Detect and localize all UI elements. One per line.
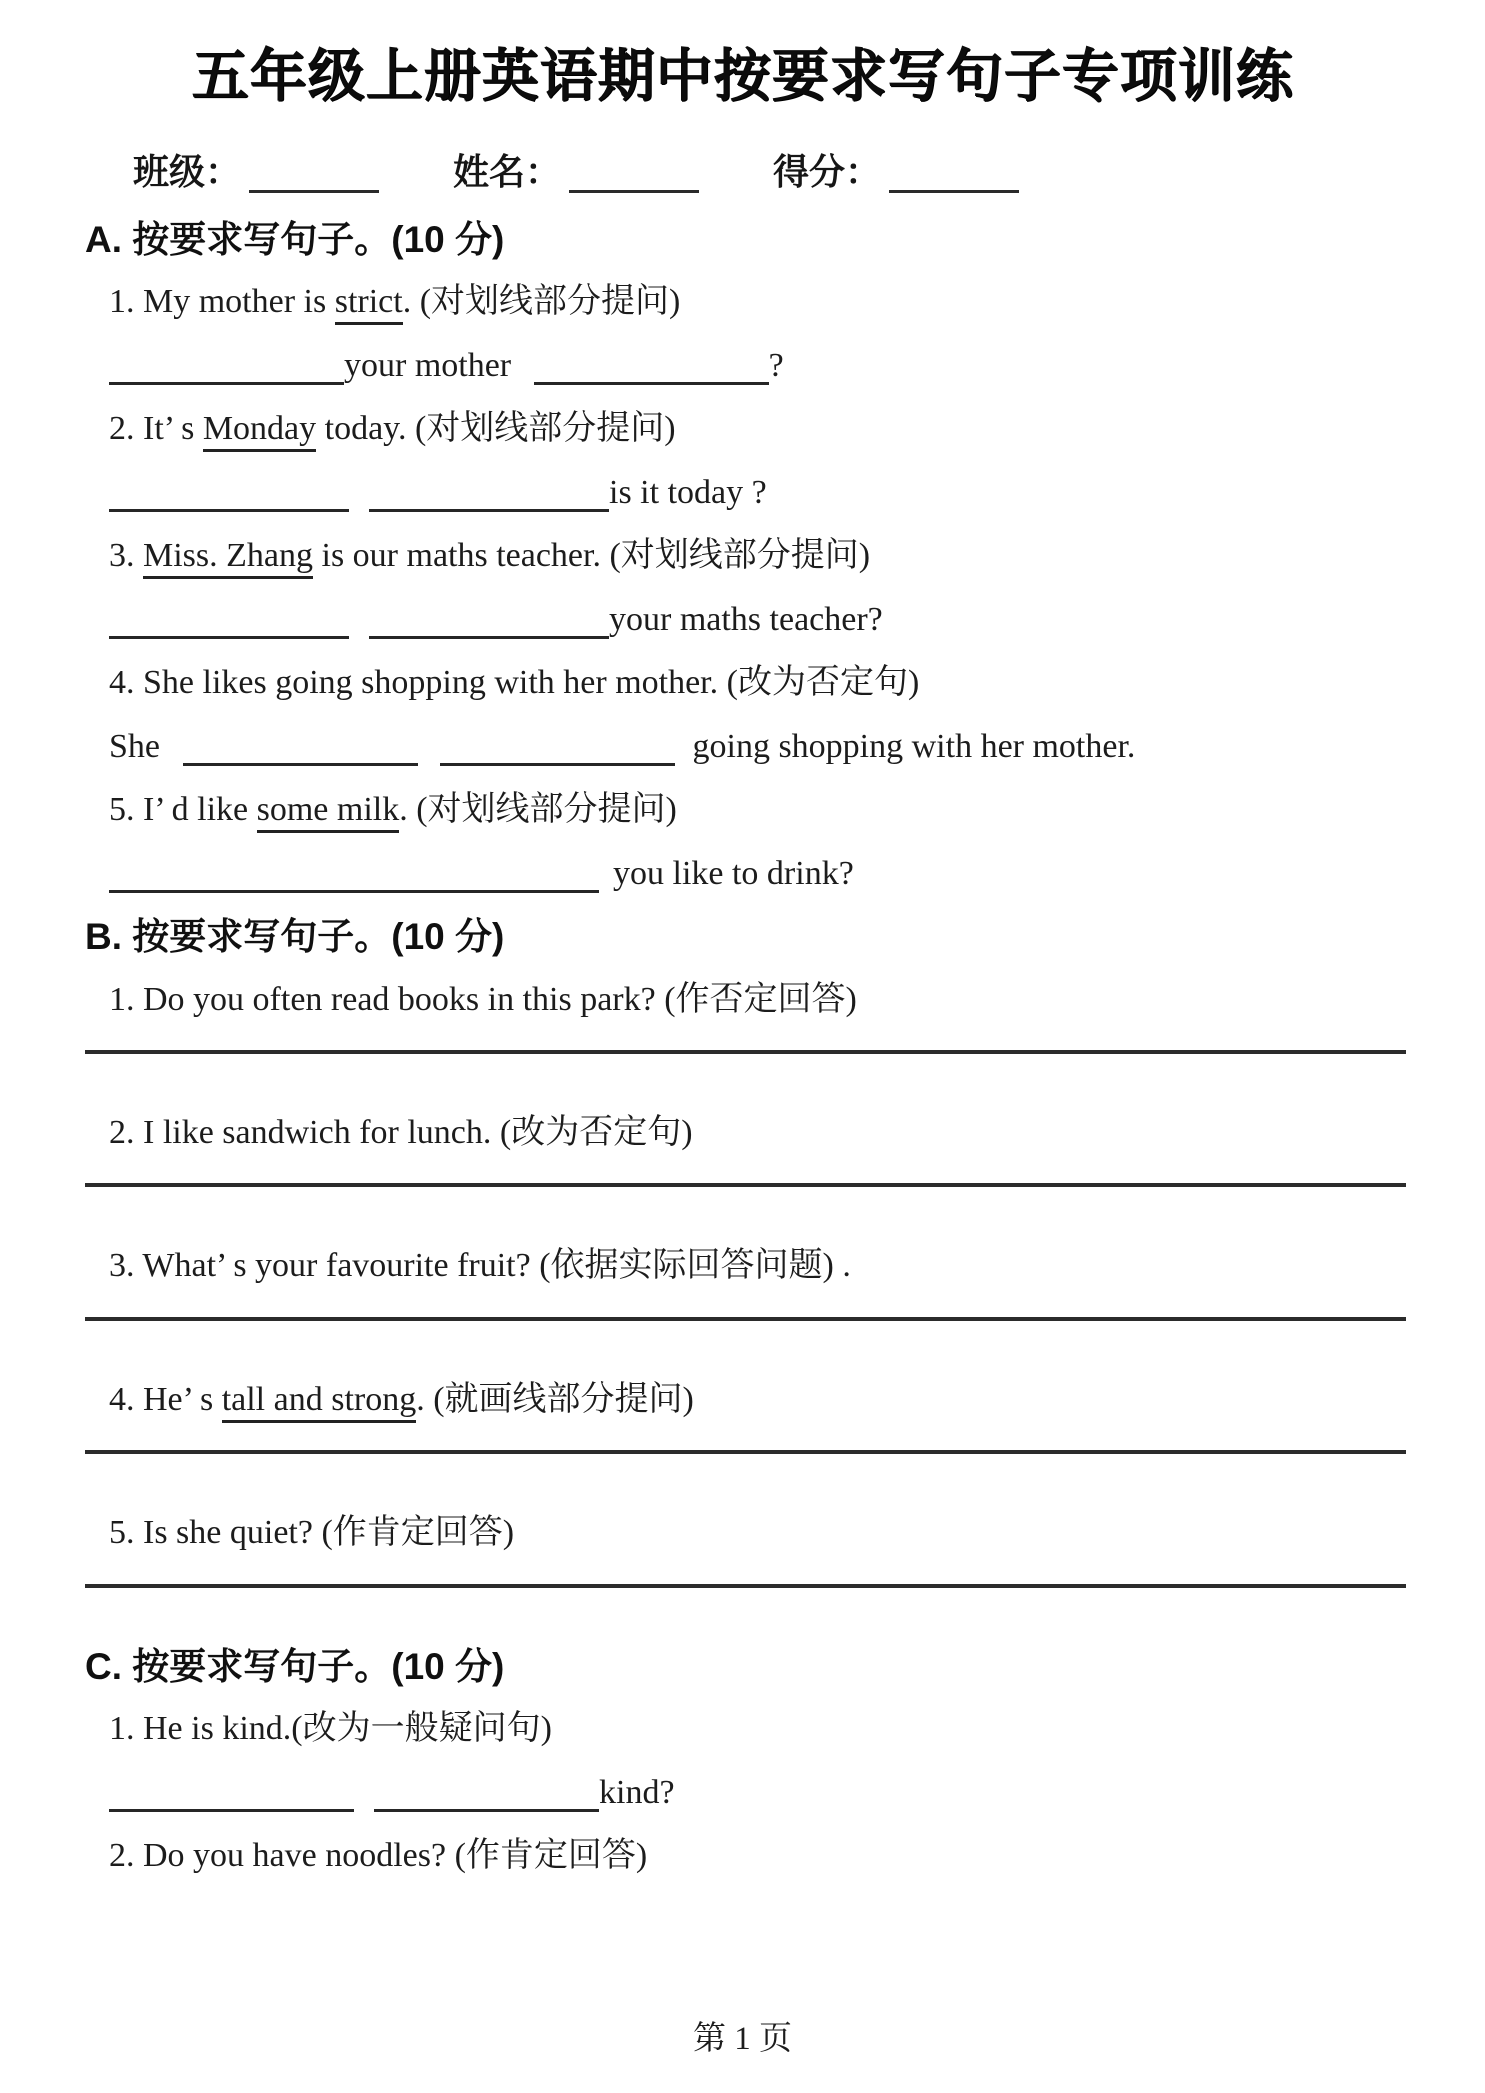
question-line: 3. Miss. Zhang is our maths teacher. (对划… [109,535,1400,576]
answer-blank [369,509,609,512]
question-line: 4. She likes going shopping with her mot… [109,662,1400,703]
section-heading: A. 按要求写句子。(10 分) [85,219,1400,262]
text-run: 1. My mother is [109,283,335,320]
underlined-text: Miss. Zhang [143,537,313,579]
underlined-text: tall and strong [222,1381,417,1423]
answer-blank [183,763,418,766]
answer-blank [534,382,769,385]
text-run: ? [769,347,784,384]
answer-rule [85,1183,1406,1187]
answer-line: your mother ? [109,345,1400,386]
score-label: 得分： [773,150,881,193]
class-label: 班级： [133,150,241,193]
class-blank [249,150,379,193]
question-line: 2. It’ s Monday today. (对划线部分提问) [109,408,1400,449]
text-run: 2. I like sandwich for lunch. (改为否定句) [109,1114,693,1151]
answer-blank [374,1809,599,1812]
underlined-text: Monday [203,410,316,452]
answer-blank [109,1809,354,1812]
text-run: 5. I’ d like [109,791,257,828]
class-field: 班级： [133,150,379,193]
text-run: . (对划线部分提问) [399,791,677,828]
answer-line: kind? [109,1772,1400,1813]
answer-rule [85,1584,1406,1588]
section-items: 1. He is kind.(改为一般疑问句)kind?2. Do you ha… [109,1708,1400,1876]
question-line: 1. Do you often read books in this park?… [109,979,1400,1020]
question-line: 3. What’ s your favourite fruit? (依据实际回答… [109,1245,1400,1286]
text-run: you like to drink? [613,855,854,892]
name-label: 姓名： [453,150,561,193]
question-line: 4. He’ s tall and strong. (就画线部分提问) [109,1379,1400,1420]
text-run: today. (对划线部分提问) [316,410,675,447]
underlined-text: strict [335,283,403,325]
score-blank [889,150,1019,193]
question-line: 5. Is she quiet? (作肯定回答) [109,1512,1400,1553]
section-items: 1. My mother is strict. (对划线部分提问)your mo… [109,281,1400,894]
student-info-row: 班级： 姓名： 得分： [133,150,1400,193]
text-run: 1. Do you often read books in this park?… [109,981,857,1018]
text-run: going shopping with her mother. [693,728,1136,765]
question-line: 2. I like sandwich for lunch. (改为否定句) [109,1112,1400,1153]
text-run: 4. She likes going shopping with her mot… [109,664,919,701]
text-run: kind? [599,1774,675,1811]
question-line: 1. He is kind.(改为一般疑问句) [109,1708,1400,1749]
worksheet-page: 五年级上册英语期中按要求写句子专项训练 班级： 姓名： 得分： A. 按要求写句… [0,0,1485,2093]
text-run: . (对划线部分提问) [403,283,681,320]
answer-blank [109,509,349,512]
page-number: 第 1 页 [0,2012,1485,2059]
text-run: 3. What’ s your favourite fruit? (依据实际回答… [109,1247,851,1284]
text-run: 3. [109,537,143,574]
section-C: C. 按要求写句子。(10 分)1. He is kind.(改为一般疑问句)k… [85,1646,1400,1877]
text-run: She [109,728,169,765]
text-run: 4. He’ s [109,1381,222,1418]
text-run: 2. It’ s [109,410,203,447]
answer-line: She going shopping with her mother. [109,726,1400,767]
page-title: 五年级上册英语期中按要求写句子专项训练 [85,44,1400,110]
text-run: is it today ? [609,474,767,511]
score-field: 得分： [773,150,1019,193]
answer-blank [109,382,344,385]
section-A: A. 按要求写句子。(10 分)1. My mother is strict. … [85,219,1400,894]
text-run: your maths teacher? [609,601,883,638]
underlined-text: some milk [257,791,400,833]
answer-rule [85,1317,1406,1321]
text-run: your mother [344,347,520,384]
section-heading: C. 按要求写句子。(10 分) [85,1646,1400,1689]
text-run: 1. He is kind.(改为一般疑问句) [109,1710,552,1747]
answer-blank [109,636,349,639]
text-run: 2. Do you have noodles? (作肯定回答) [109,1837,647,1874]
answer-line: is it today ? [109,472,1400,513]
answer-blank [109,890,599,893]
text-run: 5. Is she quiet? (作肯定回答) [109,1514,514,1551]
section-heading: B. 按要求写句子。(10 分) [85,916,1400,959]
question-line: 1. My mother is strict. (对划线部分提问) [109,281,1400,322]
section-B: B. 按要求写句子。(10 分)1. Do you often read boo… [85,916,1400,1588]
answer-line: your maths teacher? [109,599,1400,640]
answer-line: you like to drink? [109,853,1400,894]
name-field: 姓名： [453,150,699,193]
question-line: 5. I’ d like some milk. (对划线部分提问) [109,789,1400,830]
text-run: is our maths teacher. (对划线部分提问) [313,537,870,574]
name-blank [569,150,699,193]
text-run: . (就画线部分提问) [416,1381,694,1418]
answer-blank [369,636,609,639]
question-line: 2. Do you have noodles? (作肯定回答) [109,1835,1400,1876]
answer-blank [440,763,675,766]
worksheet-body: A. 按要求写句子。(10 分)1. My mother is strict. … [85,219,1400,1877]
answer-rule [85,1050,1406,1054]
section-items: 1. Do you often read books in this park?… [109,979,1400,1588]
answer-rule [85,1450,1406,1454]
